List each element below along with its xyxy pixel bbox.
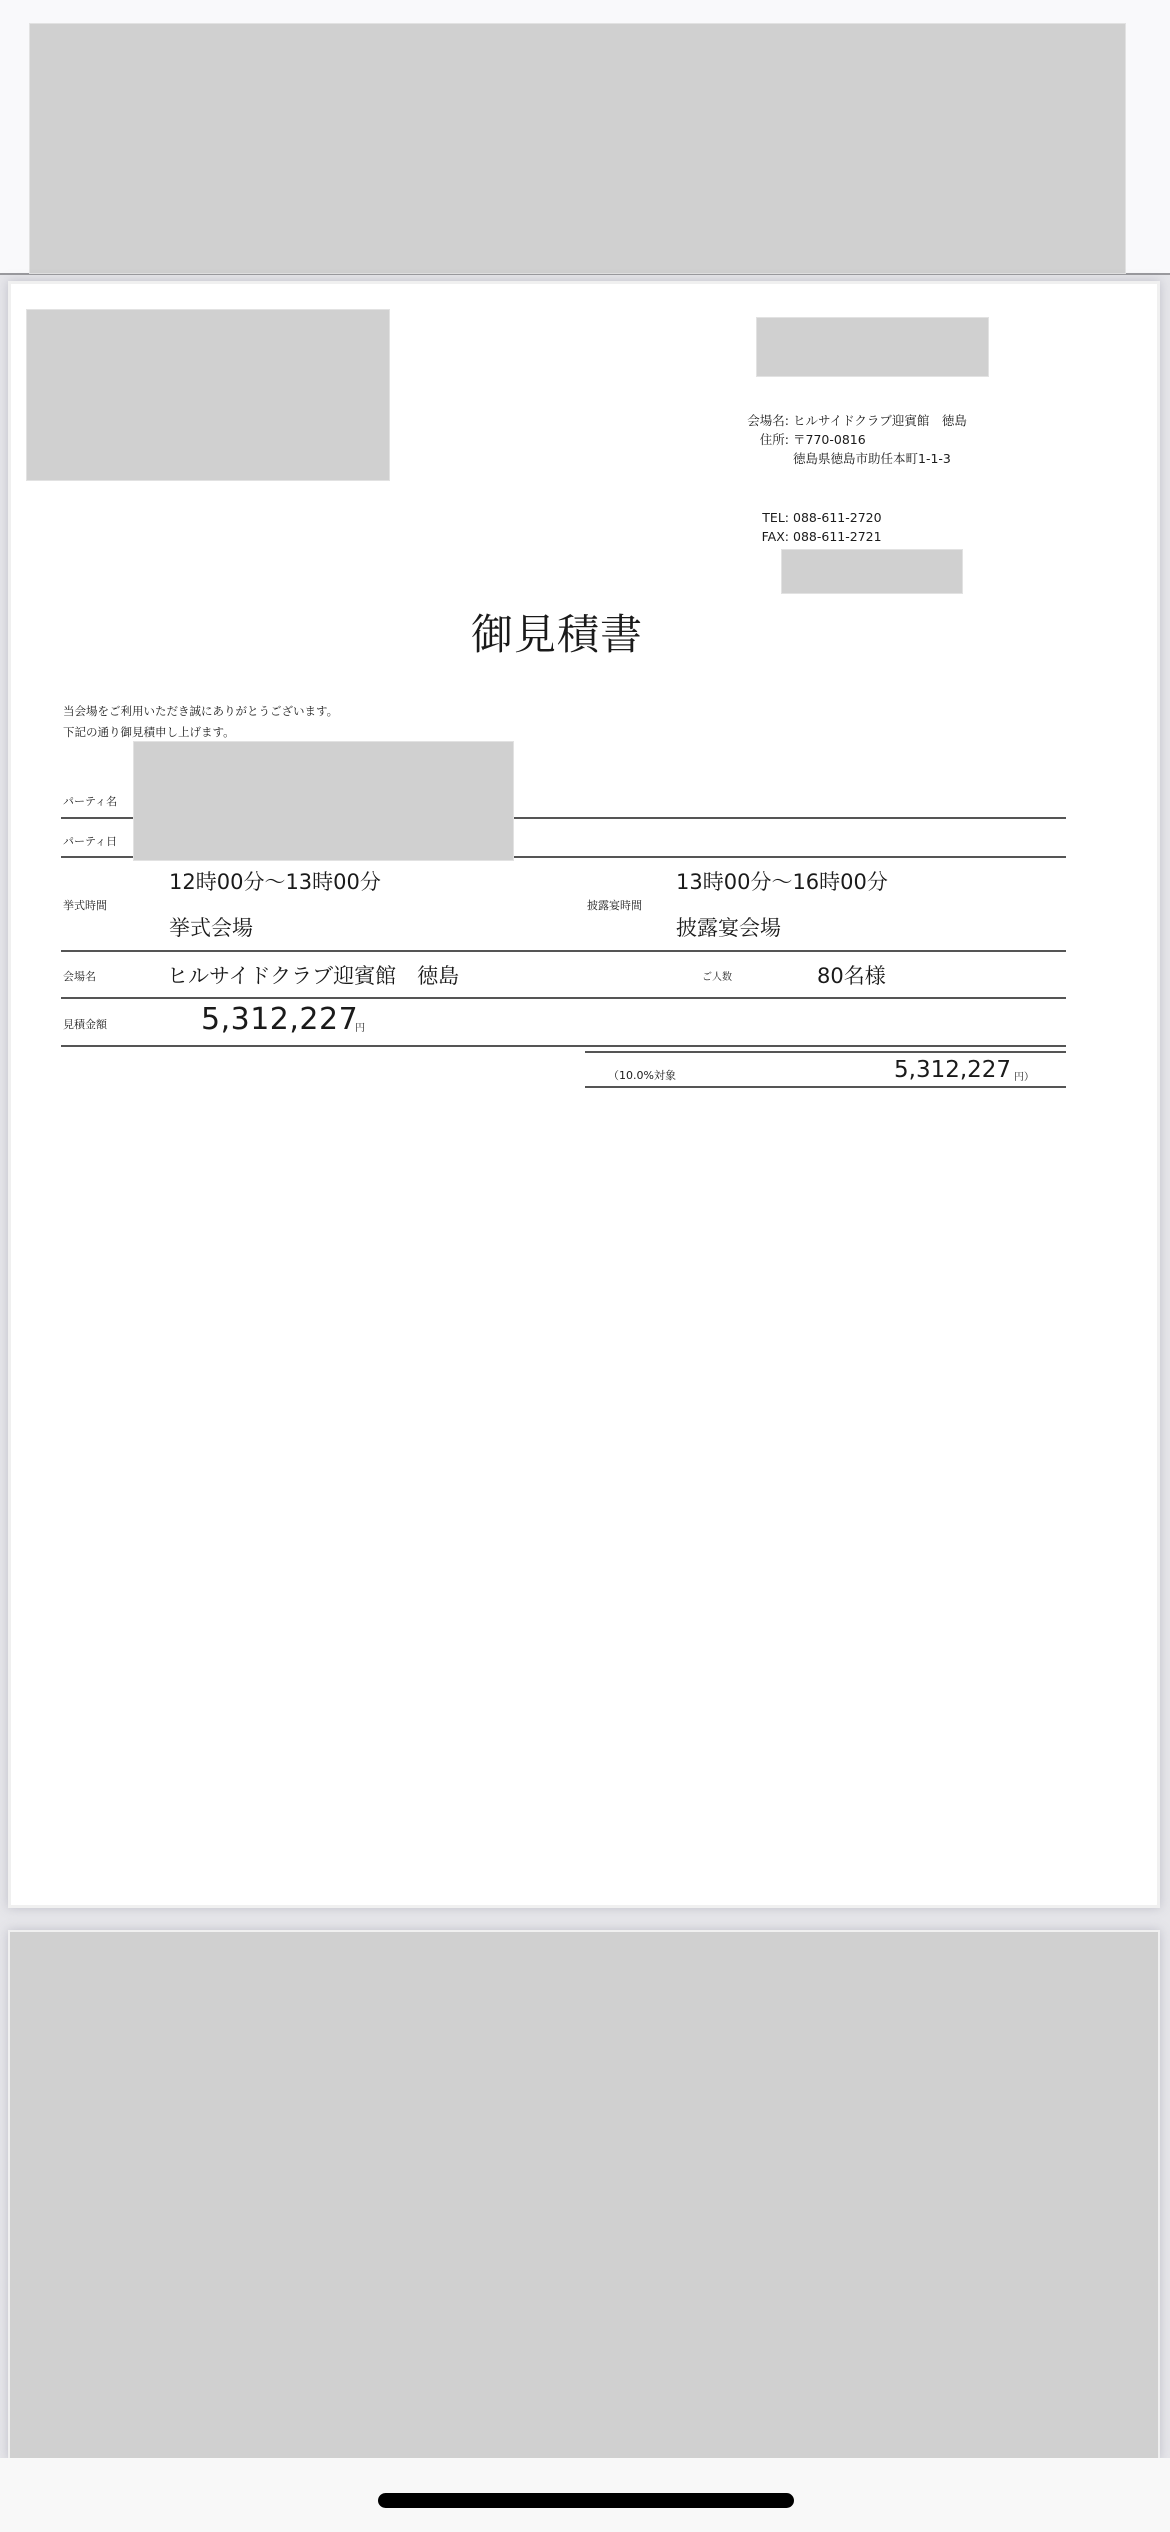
bottom-bar (0, 2458, 1170, 2532)
party-date-label: パーティ日 (63, 833, 117, 849)
venue-name-label: 会場名: (733, 411, 789, 430)
home-indicator[interactable] (378, 2493, 794, 2508)
postal-code: 〒770-0816 (793, 432, 866, 447)
tax-label: （10.0%対象 (608, 1067, 676, 1083)
tel-number: 088-611-2720 (793, 510, 882, 525)
fax-number: 088-611-2721 (793, 529, 882, 544)
estimate-value: 5,312,227 (201, 1002, 358, 1037)
party-name-label: パーティ名 (63, 793, 117, 809)
fax-label: FAX: (733, 527, 789, 546)
greeting-line-1: 当会場をご利用いただき誠にありがとうございます。 (63, 703, 338, 719)
reception-time: 13時00分〜16時00分 (676, 866, 888, 896)
redacted-company-name (756, 317, 989, 377)
redacted-party-info (133, 741, 514, 861)
top-preview-area (0, 0, 1170, 275)
redacted-logo (26, 309, 390, 481)
estimate-yen: 円 (355, 1019, 365, 1034)
reception-place: 披露宴会場 (676, 912, 781, 942)
estimate-page: 会場名:ヒルサイドクラブ迎賓館 徳島 住所:〒770-0816 徳島県徳島市助任… (8, 281, 1160, 1908)
redacted-preview (29, 23, 1126, 274)
address-label: 住所: (733, 430, 789, 449)
venue-value: ヒルサイドクラブ迎賓館 徳島 (167, 960, 459, 990)
tax-value: 5,312,227 (894, 1057, 1011, 1083)
reception-time-label: 披露宴時間 (587, 897, 642, 913)
ceremony-time: 12時00分〜13時00分 (169, 866, 381, 896)
estimate-label: 見積金額 (63, 1016, 107, 1032)
document-title: 御見積書 (471, 602, 643, 662)
tax-suffix: 円） (1014, 1068, 1034, 1083)
guests-value: 80名様 (817, 960, 886, 990)
next-page-redacted (8, 1930, 1160, 2460)
tel-label: TEL: (733, 508, 789, 527)
venue-label: 会場名 (63, 968, 96, 984)
guests-label: ご人数 (702, 968, 732, 983)
greeting-line-2: 下記の通り御見積申し上げます。 (63, 724, 235, 740)
address: 徳島県徳島市助任本町1-1-3 (793, 451, 951, 466)
redacted-stamp (781, 549, 963, 594)
ceremony-time-label: 挙式時間 (63, 897, 107, 913)
venue-name: ヒルサイドクラブ迎賓館 徳島 (793, 413, 967, 428)
ceremony-place: 挙式会場 (169, 912, 253, 942)
venue-info: 会場名:ヒルサイドクラブ迎賓館 徳島 住所:〒770-0816 徳島県徳島市助任… (733, 411, 967, 546)
